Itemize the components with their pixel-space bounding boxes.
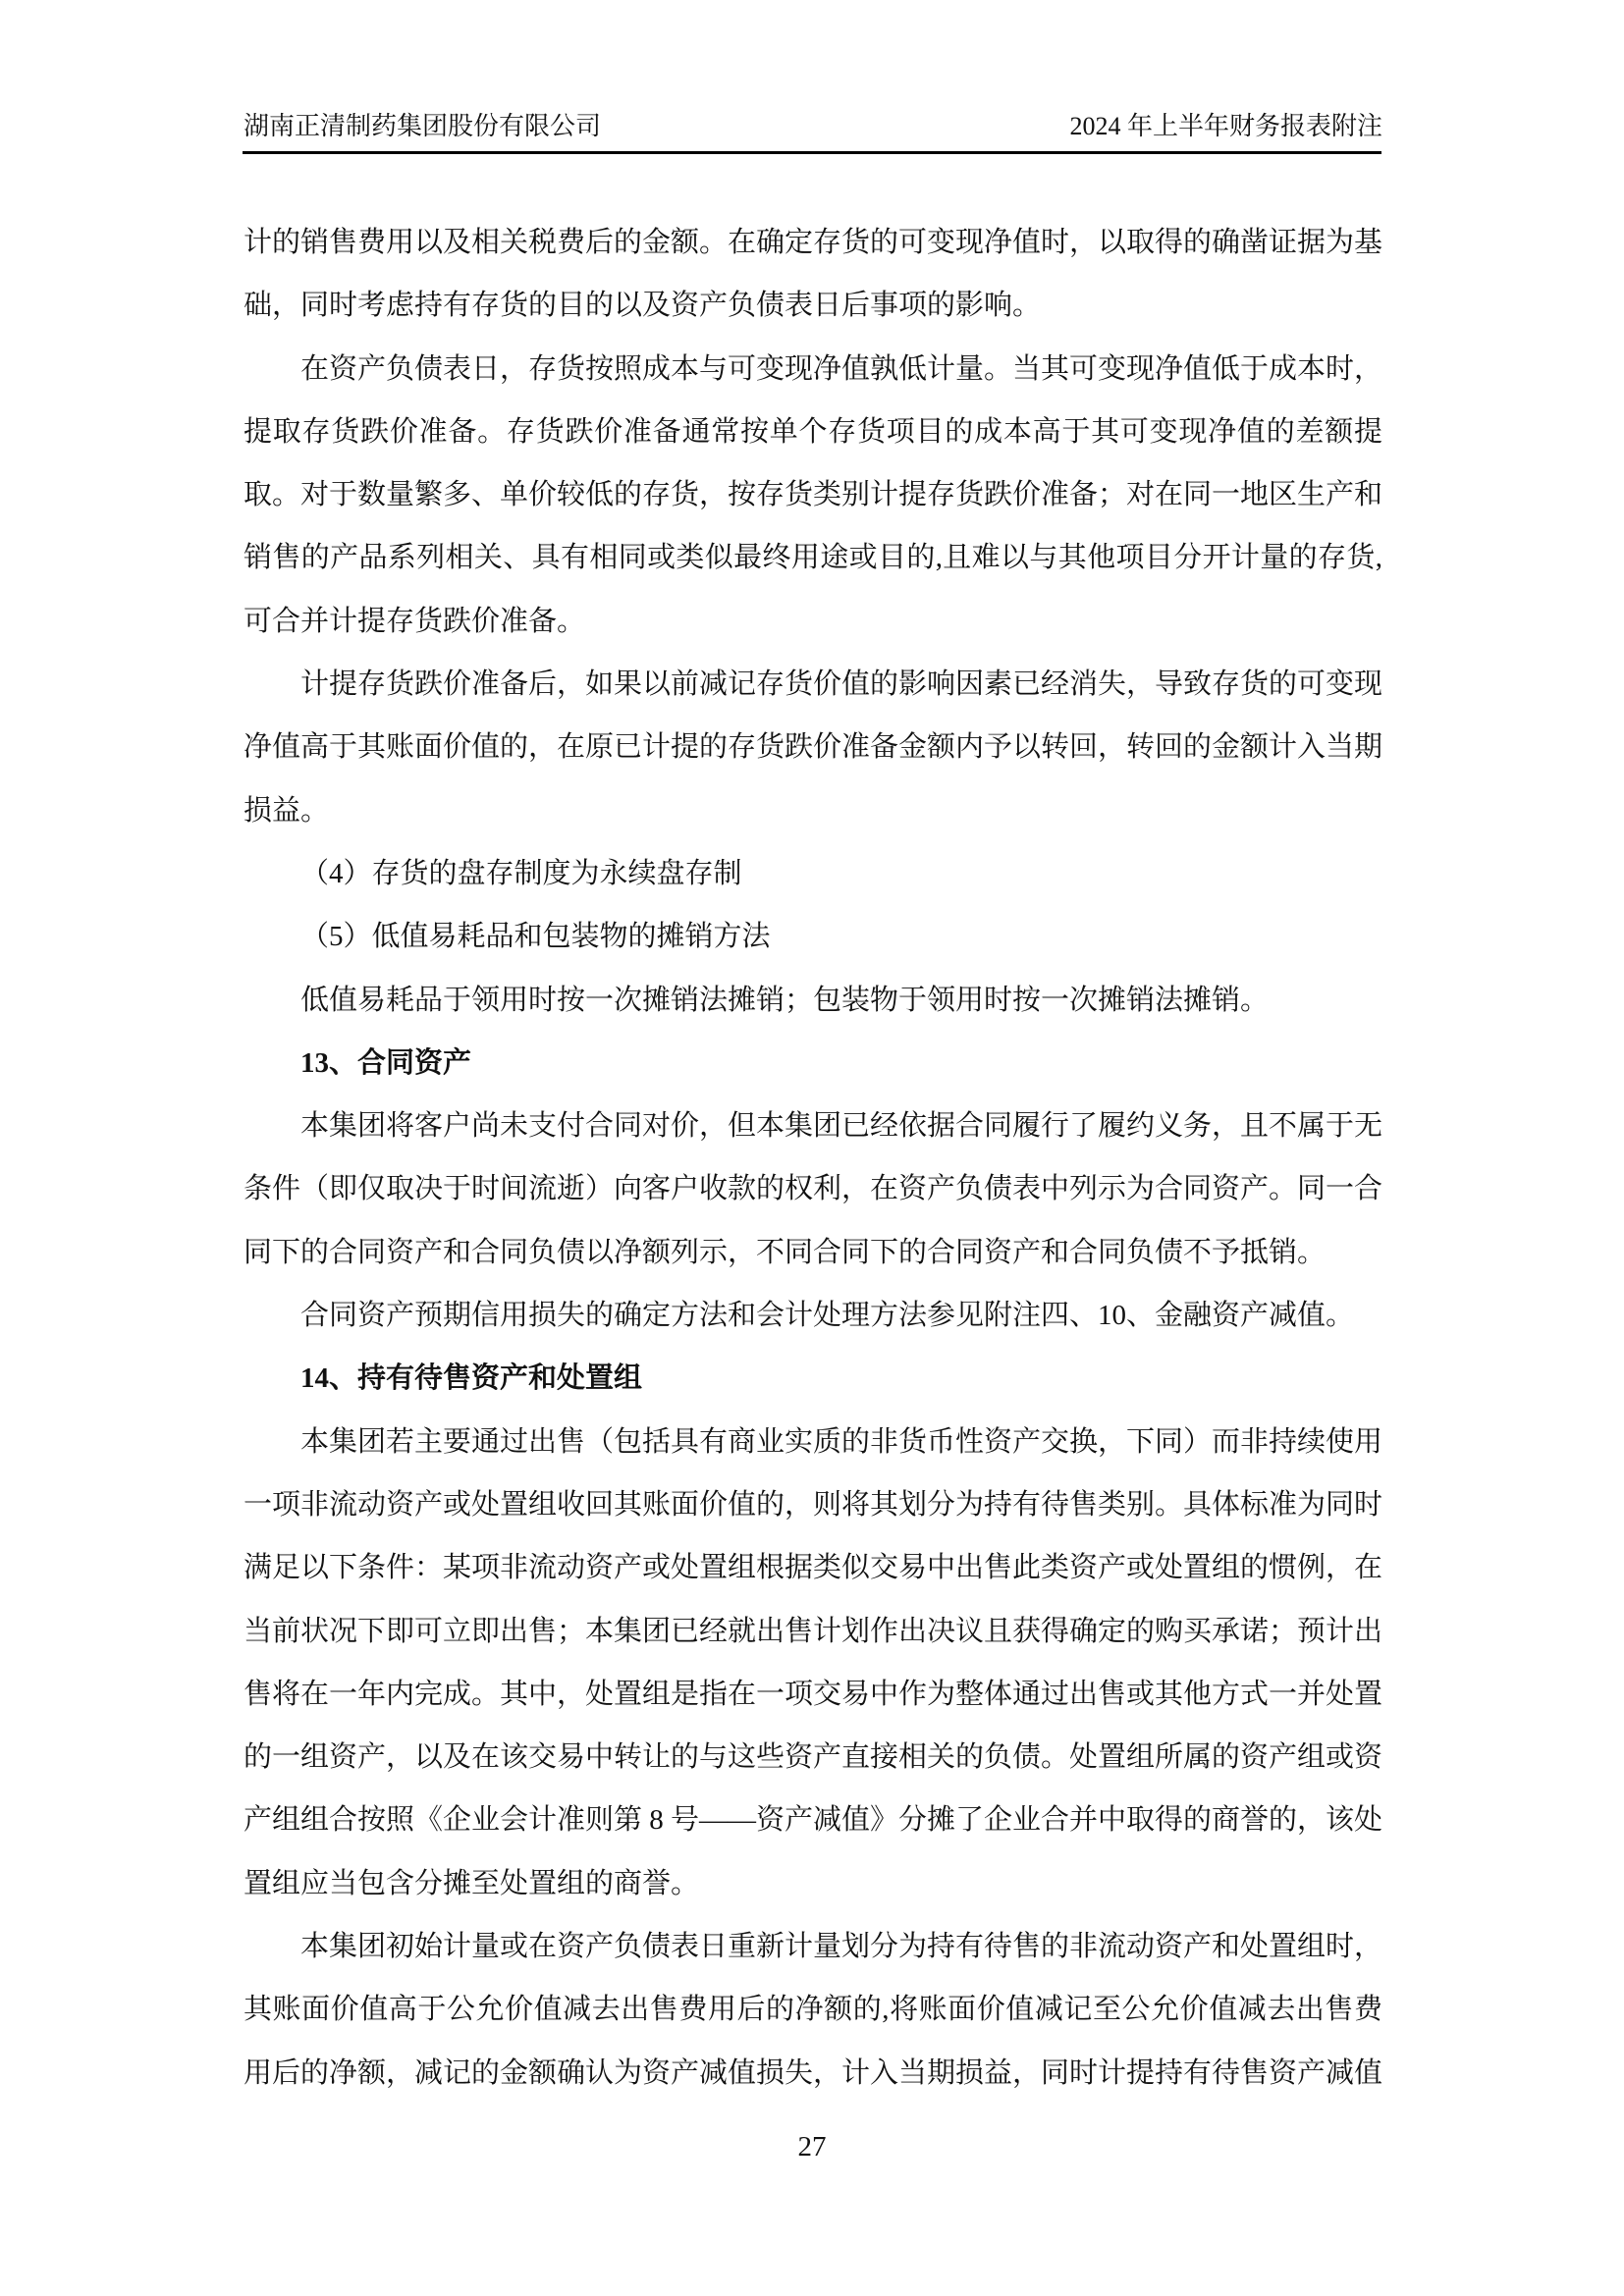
header-document-title: 2024 年上半年财务报表附注 [1069, 110, 1382, 143]
paragraph-item-5-amortization-method: （5）低值易耗品和包装物的摊销方法 [244, 905, 1382, 968]
page-number: 27 [798, 2131, 827, 2163]
paragraph-provision-reversal: 计提存货跌价准备后，如果以前减记存货价值的影响因素已经消失，导致存货的可变现净值… [244, 653, 1382, 842]
document-body: 计的销售费用以及相关税费后的金额。在确定存货的可变现净值时，以取得的确凿证据为基… [244, 211, 1382, 2105]
paragraph-held-for-sale-measurement: 本集团初始计量或在资产负债表日重新计量划分为持有待售的非流动资产和处置组时，其账… [244, 1915, 1382, 2105]
section-heading-14-held-for-sale: 14、持有待售资产和处置组 [244, 1347, 1382, 1410]
paragraph-item-4-inventory-system: （4）存货的盘存制度为永续盘存制 [244, 842, 1382, 905]
section-heading-13-contract-assets: 13、合同资产 [244, 1032, 1382, 1095]
paragraph-contract-assets-ecl: 合同资产预期信用损失的确定方法和会计处理方法参见附注四、10、金融资产减值。 [244, 1284, 1382, 1347]
header-rule [243, 151, 1381, 154]
header-company-name: 湖南正清制药集团股份有限公司 [244, 110, 601, 143]
page-footer: 27 [0, 2130, 1624, 2163]
paragraph-held-for-sale-criteria: 本集团若主要通过出售（包括具有商业实质的非货币性资产交换，下同）而非持续使用一项… [244, 1411, 1382, 1915]
paragraph-low-value-consumables: 低值易耗品于领用时按一次摊销法摊销；包装物于领用时按一次摊销法摊销。 [244, 969, 1382, 1032]
page-header: 湖南正清制药集团股份有限公司 2024 年上半年财务报表附注 [244, 110, 1382, 143]
paragraph-inventory-provision: 在资产负债表日，存货按照成本与可变现净值孰低计量。当其可变现净值低于成本时，提取… [244, 338, 1382, 653]
paragraph-contract-assets: 本集团将客户尚未支付合同对价，但本集团已经依据合同履行了履约义务，且不属于无条件… [244, 1095, 1382, 1284]
paragraph-inventory-nrv-continued: 计的销售费用以及相关税费后的金额。在确定存货的可变现净值时，以取得的确凿证据为基… [244, 211, 1382, 338]
